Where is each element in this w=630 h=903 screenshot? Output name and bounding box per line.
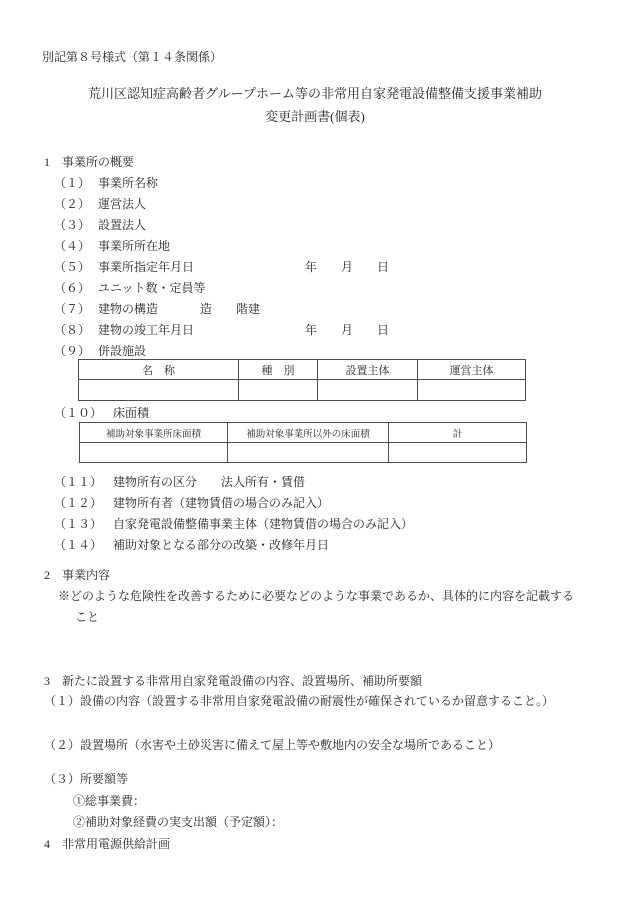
item-1-number: （１） <box>54 176 98 190</box>
facility-cell-name <box>79 380 239 401</box>
facility-table-header-row: 名 称 種 別 設置主体 運営主体 <box>79 360 526 380</box>
item-11-line: （１１）建物所有の区分 法人所有・賃借 <box>54 475 305 489</box>
facility-col-name: 名 称 <box>79 360 239 380</box>
section3-item2: （２）設置場所（水害や土砂災害に備えて屋上等や敷地内の安全な場所であること） <box>44 738 500 752</box>
floor-area-table: 補助対象事業所床面積 補助対象事業所以外の床面積 計 <box>79 422 527 463</box>
item-10-label: 床面積 <box>113 406 149 420</box>
section3-sub1-total-cost: ①総事業費： <box>73 794 145 808</box>
item-3-line: （３）設置法人 <box>54 218 146 232</box>
item-12-number: （１２） <box>54 496 113 510</box>
floor-col-subsidized: 補助対象事業所床面積 <box>80 423 228 443</box>
facility-table-wrap: 名 称 種 別 設置主体 運営主体 <box>78 359 526 401</box>
item-4-label: 事業所所在地 <box>98 239 170 253</box>
item-12-label: 建物所有者（建物賃借の場合のみ記入） <box>113 496 329 510</box>
section1-heading: 1 事業所の概要 <box>44 155 134 169</box>
item-13-number: （１３） <box>54 517 113 531</box>
item-6-label: ユニット数・定員等 <box>98 281 206 295</box>
floor-table-header-row: 補助対象事業所床面積 補助対象事業所以外の床面積 計 <box>80 423 527 443</box>
section3-sub2-actual-expense: ②補助対象経費の実支出額（予定額）： <box>73 815 283 829</box>
item-8-label: 建物の竣工年月日 <box>98 323 194 337</box>
floor-col-other: 補助対象事業所以外の床面積 <box>228 423 389 443</box>
item-7-structure-blanks: 造 階建 <box>200 302 260 316</box>
item-1-line: （１）事業所名称 <box>54 176 158 190</box>
item-2-line: （２）運営法人 <box>54 197 146 211</box>
item-12-line: （１２）建物所有者（建物賃借の場合のみ記入） <box>54 496 329 510</box>
item-7-label: 建物の構造 <box>98 302 158 316</box>
facility-col-installer: 設置主体 <box>318 360 418 380</box>
floor-table-wrap: 補助対象事業所床面積 補助対象事業所以外の床面積 計 <box>79 422 527 463</box>
facility-table-empty-row <box>79 380 526 401</box>
item-5-label: 事業所指定年月日 <box>98 260 194 274</box>
item-7-line: （７）建物の構造造 階建 <box>54 302 158 316</box>
item-9-label: 併設施設 <box>98 344 146 358</box>
facility-table: 名 称 種 別 設置主体 運営主体 <box>78 359 526 401</box>
item-3-label: 設置法人 <box>98 218 146 232</box>
document-title-line1: 荒川区認知症高齢者グループホーム等の非常用自家発電設備整備支援事業補助 <box>0 86 630 102</box>
facility-cell-type <box>239 380 318 401</box>
item-5-number: （５） <box>54 260 98 274</box>
form-number-label: 別記第８号様式（第１４条関係） <box>42 50 222 64</box>
item-5-line: （５）事業所指定年月日年 月 日 <box>54 260 194 274</box>
item-1-label: 事業所名称 <box>98 176 158 190</box>
item-13-line: （１３）自家発電設備整備事業主体（建物賃借の場合のみ記入） <box>54 517 413 531</box>
item-7-number: （７） <box>54 302 98 316</box>
item-14-line: （１４）補助対象となる部分の改築・改修年月日 <box>54 538 329 552</box>
section3-item3: （３）所要額等 <box>44 772 128 786</box>
floor-cell-other <box>228 443 389 463</box>
item-11-number: （１１） <box>54 475 113 489</box>
item-2-number: （２） <box>54 197 98 211</box>
facility-col-type: 種 別 <box>239 360 318 380</box>
section2-heading: 2 事業内容 <box>44 568 110 582</box>
item-13-label: 自家発電設備整備事業主体（建物賃借の場合のみ記入） <box>113 517 413 531</box>
document-title-line2: 変更計画書(個表) <box>0 109 630 125</box>
item-14-number: （１４） <box>54 538 113 552</box>
section2-note-line1: ※どのような危険性を改善するために必要などのような事業であるか、具体的に内容を記… <box>58 589 574 603</box>
facility-cell-installer <box>318 380 418 401</box>
item-8-date-blanks: 年 月 日 <box>305 323 389 337</box>
section4-heading: 4 非常用電源供給計画 <box>44 837 170 851</box>
floor-cell-subsidized <box>80 443 228 463</box>
facility-col-operator: 運営主体 <box>418 360 526 380</box>
item-9-number: （９） <box>54 344 98 358</box>
item-8-line: （８）建物の竣工年月日年 月 日 <box>54 323 194 337</box>
item-11-label: 建物所有の区分 法人所有・賃借 <box>113 475 305 489</box>
floor-cell-total <box>389 443 527 463</box>
item-2-label: 運営法人 <box>98 197 146 211</box>
item-10-line: （１０）床面積 <box>54 406 149 420</box>
item-10-number: （１０） <box>54 406 113 420</box>
item-8-number: （８） <box>54 323 98 337</box>
item-6-number: （６） <box>54 281 98 295</box>
item-4-number: （４） <box>54 239 98 253</box>
floor-col-total: 計 <box>389 423 527 443</box>
section3-item1: （１）設備の内容（設置する非常用自家発電設備の耐震性が確保されているか留意するこ… <box>44 694 554 708</box>
item-3-number: （３） <box>54 218 98 232</box>
section3-heading: 3 新たに設置する非常用自家発電設備の内容、設置場所、補助所要額 <box>44 674 422 688</box>
item-5-date-blanks: 年 月 日 <box>305 260 389 274</box>
item-6-line: （６）ユニット数・定員等 <box>54 281 206 295</box>
document-page: 別記第８号様式（第１４条関係） 荒川区認知症高齢者グループホーム等の非常用自家発… <box>0 0 630 903</box>
item-14-label: 補助対象となる部分の改築・改修年月日 <box>113 538 329 552</box>
item-4-line: （４）事業所所在地 <box>54 239 170 253</box>
section2-note-line2: こと <box>75 610 99 624</box>
facility-cell-operator <box>418 380 526 401</box>
floor-table-empty-row <box>80 443 527 463</box>
item-9-line: （９）併設施設 <box>54 344 146 358</box>
